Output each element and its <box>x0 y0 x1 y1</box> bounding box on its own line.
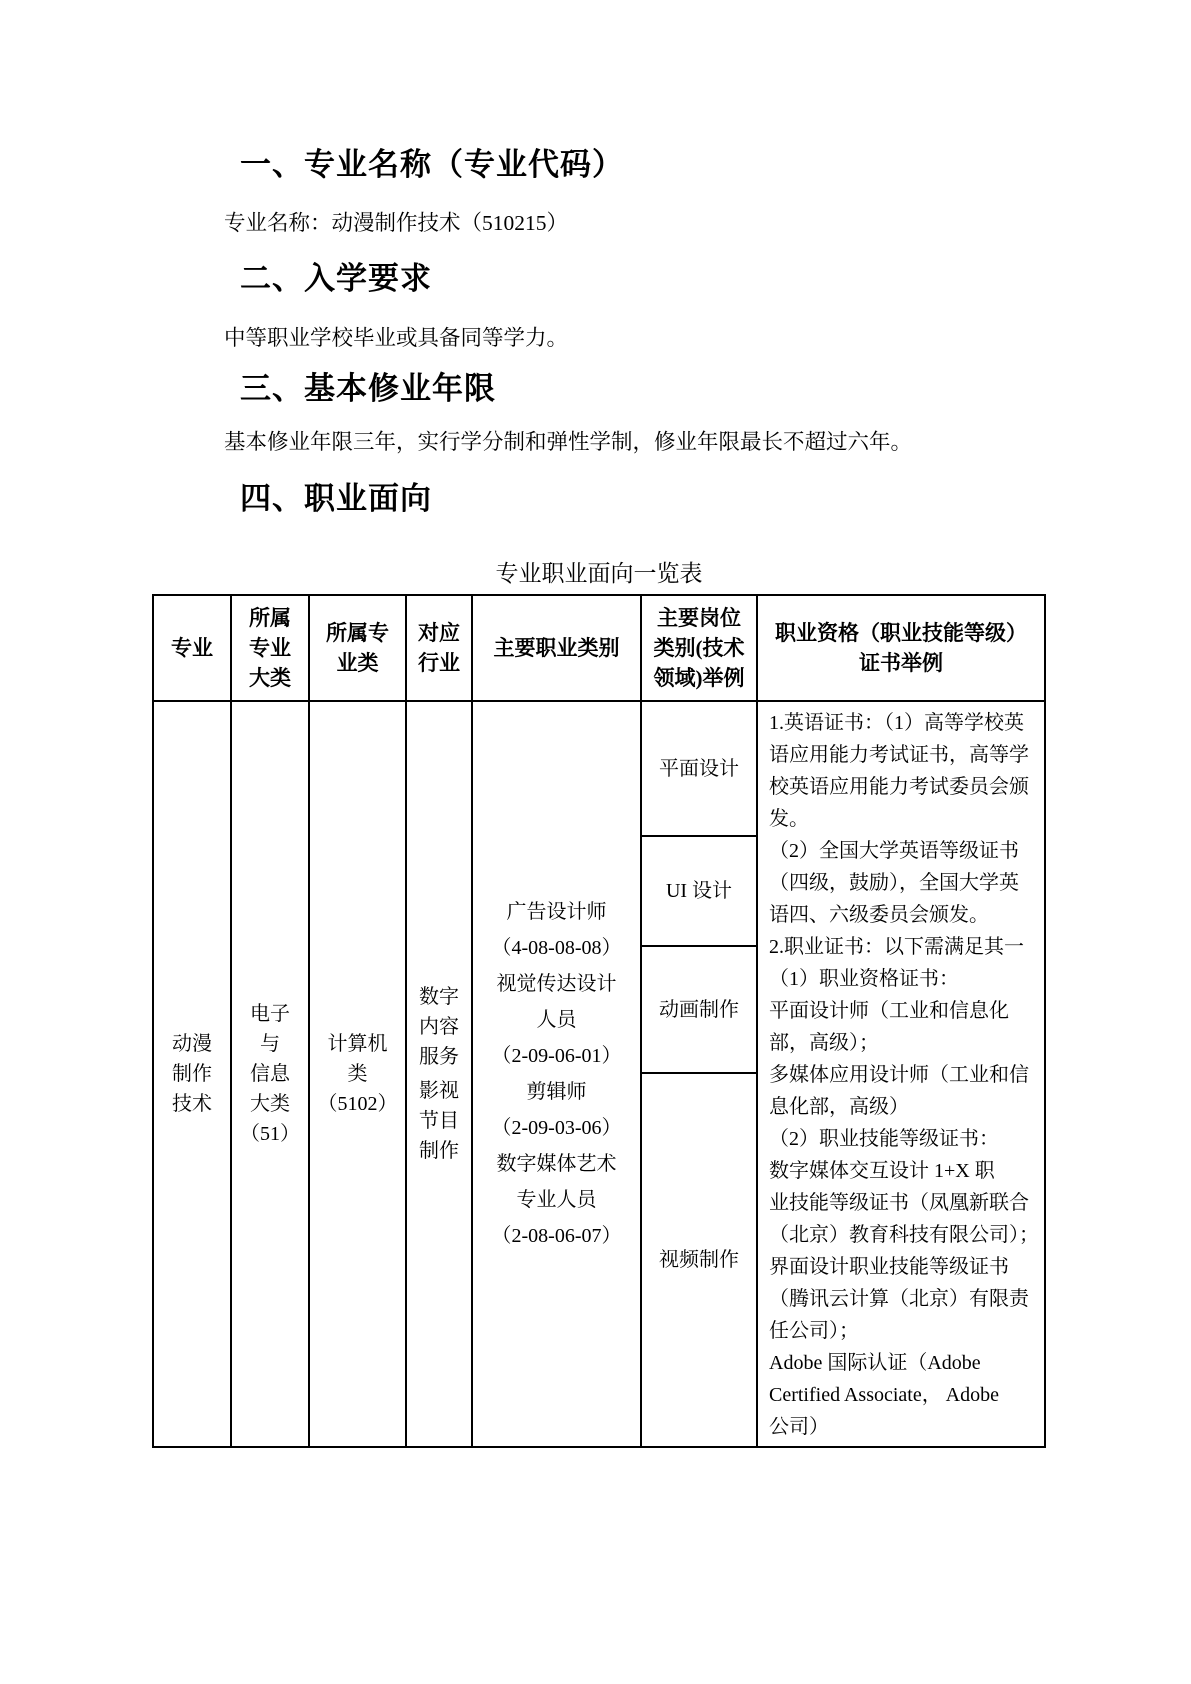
certificate-line: （2）全国大学英语等级证书 <box>769 835 1019 867</box>
certificate-line: 部，高级）； <box>769 1027 879 1059</box>
certificate-line: 发。 <box>769 803 809 835</box>
certificate-line: 息化部，高级） <box>769 1091 909 1123</box>
table-header-row: 专业 所属 专业 大类 所属专 业类 对应 行业 主要职业类别 主要岗位 类别(… <box>154 596 1044 702</box>
header-industry: 对应 行业 <box>407 596 473 700</box>
certificate-line: 公司） <box>769 1411 829 1443</box>
position-animation: 动画制作 <box>642 947 756 1074</box>
header-occupation: 主要职业类别 <box>473 596 642 700</box>
certificate-line: 界面设计职业技能等级证书 <box>769 1251 1009 1283</box>
admission-paragraph: 中等职业学校毕业或具备同等学力。 <box>224 325 568 351</box>
position-graphic-design: 平面设计 <box>642 702 756 837</box>
position-video: 视频制作 <box>642 1074 756 1446</box>
certificate-line: 业技能等级证书（凤凰新联合 <box>769 1187 1029 1219</box>
section-heading-1: 一、专业名称（专业代码） <box>240 148 624 181</box>
certificate-line: （北京）教育科技有限公司）； <box>769 1219 1039 1251</box>
certificate-line: 多媒体应用设计师（工业和信 <box>769 1059 1029 1091</box>
cell-certificates: 1.英语证书：（1）高等学校英 语应用能力考试证书，高等学 校英语应用能力考试委… <box>758 702 1044 1446</box>
major-name-paragraph: 专业名称：动漫制作技术（510215） <box>224 210 568 236</box>
certificate-line: （2）职业技能等级证书： <box>769 1123 999 1155</box>
industry-digital-content: 数字 内容 服务 <box>419 982 459 1072</box>
industry-film-tv: 影视 节目 制作 <box>419 1076 459 1166</box>
career-orientation-table: 专业 所属 专业 大类 所属专 业类 对应 行业 主要职业类别 主要岗位 类别(… <box>152 594 1046 1448</box>
certificate-line: （1）职业资格证书： <box>769 963 959 995</box>
certificate-line: 2.职业证书：以下需满足其一 <box>769 931 1024 963</box>
section-heading-3: 三、基本修业年限 <box>240 372 496 405</box>
certificate-line: 语应用能力考试证书，高等学 <box>769 739 1029 771</box>
certificate-line: 1.英语证书：（1）高等学校英 <box>769 707 1024 739</box>
header-category: 所属专 业类 <box>310 596 407 700</box>
cell-major: 动漫 制作 技术 <box>154 702 232 1446</box>
certificate-line: （四级，鼓励），全国大学英 <box>769 867 1019 899</box>
certificate-line: Certified Associate， Adobe <box>769 1379 999 1411</box>
cell-occupations: 广告设计师 （4-08-08-08） 视觉传达设计 人员 （2-09-06-01… <box>473 702 642 1446</box>
certificate-line: 数字媒体交互设计 1+X 职 <box>769 1155 995 1187</box>
section-heading-4: 四、职业面向 <box>240 482 432 515</box>
certificate-line: （腾讯云计算（北京）有限责 <box>769 1283 1029 1315</box>
certificate-line: 语四、六级委员会颁发。 <box>769 899 989 931</box>
document-page: 一、专业名称（专业代码） 专业名称：动漫制作技术（510215） 二、入学要求 … <box>0 0 1191 1684</box>
table-title: 专业职业面向一览表 <box>152 561 1046 587</box>
header-certificate: 职业资格（职业技能等级） 证书举例 <box>758 596 1044 700</box>
cell-broad-category: 电子 与 信息 大类 （51） <box>232 702 310 1446</box>
certificate-line: Adobe 国际认证（Adobe <box>769 1347 981 1379</box>
cell-positions: 平面设计 UI 设计 动画制作 视频制作 <box>642 702 758 1446</box>
position-ui-design: UI 设计 <box>642 837 756 947</box>
header-broad-category: 所属 专业 大类 <box>232 596 310 700</box>
header-position: 主要岗位 类别(技术 领域)举例 <box>642 596 758 700</box>
certificate-line: 平面设计师（工业和信息化 <box>769 995 1009 1027</box>
cell-industry: 数字 内容 服务 影视 节目 制作 <box>407 702 473 1446</box>
certificate-line: 任公司）； <box>769 1315 859 1347</box>
section-heading-2: 二、入学要求 <box>240 262 432 295</box>
cell-category: 计算机 类 （5102） <box>310 702 407 1446</box>
header-major: 专业 <box>154 596 232 700</box>
table-body-row: 动漫 制作 技术 电子 与 信息 大类 （51） 计算机 类 （5102） 数字… <box>154 702 1044 1446</box>
certificate-line: 校英语应用能力考试委员会颁 <box>769 771 1029 803</box>
study-years-paragraph: 基本修业年限三年，实行学分制和弹性学制，修业年限最长不超过六年。 <box>224 429 912 455</box>
